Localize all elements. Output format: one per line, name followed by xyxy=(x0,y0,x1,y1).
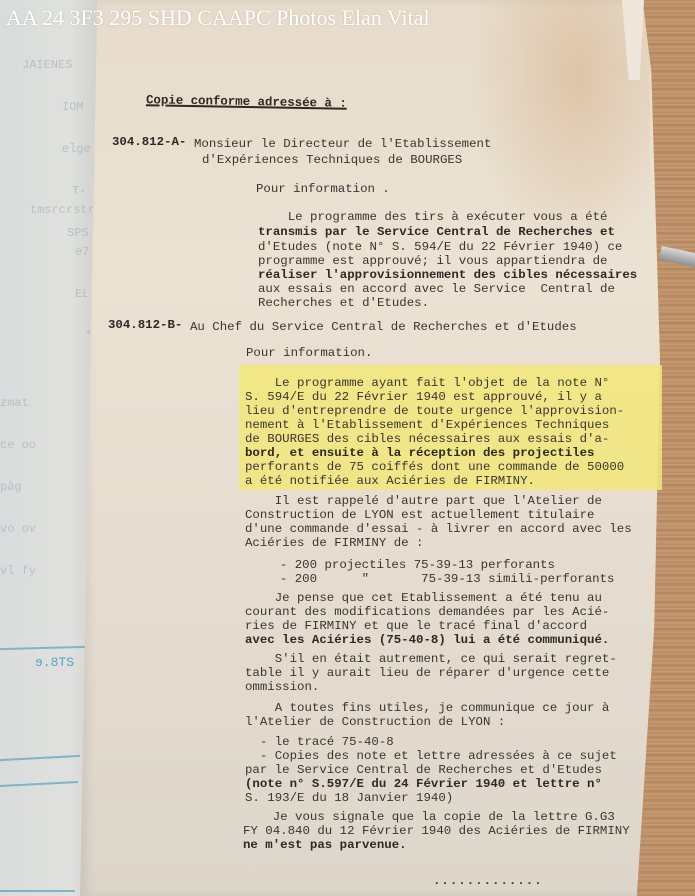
list-item: - Copies des note et lettre adressées à … xyxy=(245,749,617,764)
list-item: - 200 " 75-39-13 simili-perforants xyxy=(265,572,614,587)
ref-a: 304.812-A- xyxy=(112,135,186,150)
recipient-a-line1: Monsieur le Directeur de l'Etablissement xyxy=(194,137,491,152)
for-info-a: Pour information . xyxy=(256,182,390,197)
heading: Copie conforme adressée à : xyxy=(146,93,347,111)
recipient-b-line1: Au Chef du Service Central de Recherches… xyxy=(190,320,577,335)
ref-b: 304.812-B- xyxy=(108,318,182,333)
watermark: AA 24 3F3 295 SHD CAAPC Photos Elan Vita… xyxy=(6,5,430,31)
document-text: Copie conforme adressée à : 304.812-A- M… xyxy=(0,0,695,896)
end-dots: ............. xyxy=(433,874,543,889)
for-info-b: Pour information. xyxy=(246,346,372,361)
recipient-a-line2: d'Expériences Techniques de BOURGES xyxy=(202,153,462,168)
list-item: - le tracé 75-40-8 xyxy=(245,735,394,750)
list-item: - 200 projectiles 75-39-13 perforants xyxy=(265,558,555,573)
